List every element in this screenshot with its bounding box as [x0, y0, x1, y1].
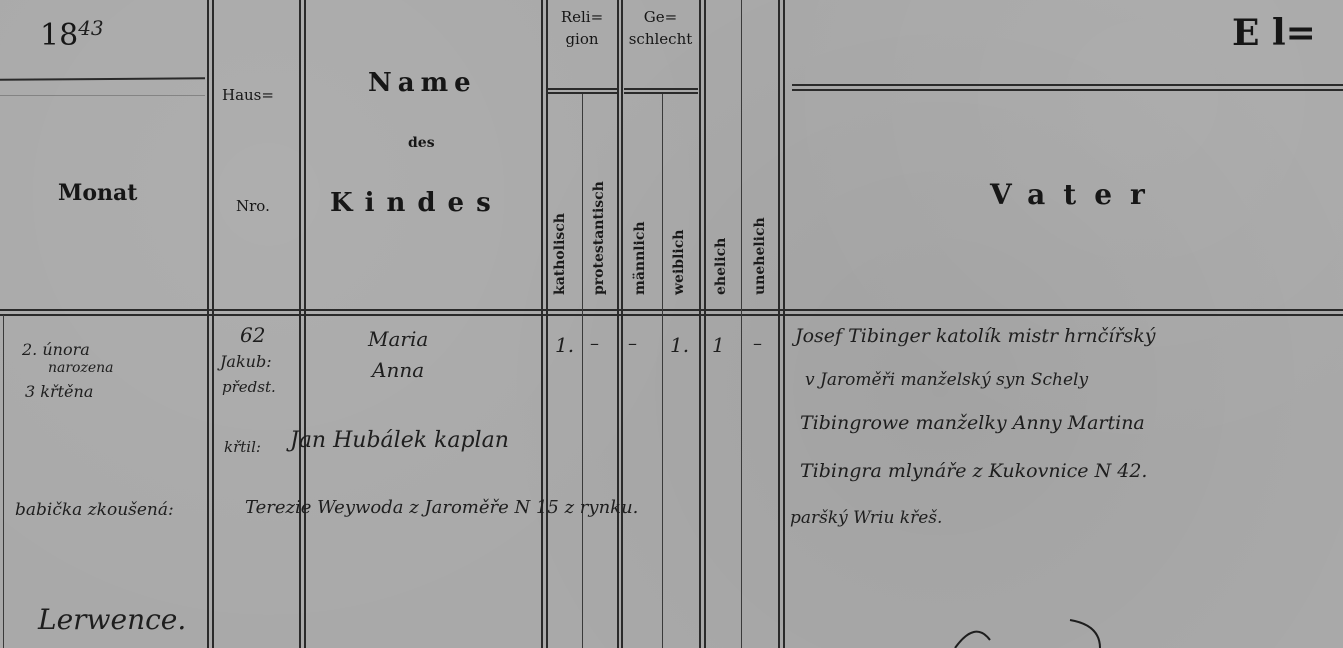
rule-monat-right-b	[212, 0, 214, 648]
entry-kind-name-l1: Maria	[368, 327, 428, 351]
entry-haus-place-l2: předst.	[222, 378, 276, 396]
entry-vater-line5: paršký Wriu křeš.	[790, 508, 942, 528]
entry-babicka-label: babička zkoušená:	[15, 500, 174, 520]
header-name-line3: Kindes	[330, 188, 503, 218]
rule-vater-top	[792, 84, 1343, 86]
rule-ehe-right	[741, 0, 742, 648]
entry-monat-line1: 2. února	[22, 340, 90, 359]
rule-haus-right-a	[299, 0, 301, 648]
rule-geschlecht-top	[624, 88, 698, 90]
rule-rel-right-b	[621, 0, 623, 648]
rule-monat-right-a	[207, 0, 209, 648]
year-handwritten: 43	[78, 16, 103, 40]
header-weiblich: weiblich	[671, 215, 687, 295]
rule-unehe-right-b	[783, 0, 785, 648]
header-unehelich: unehelich	[752, 205, 768, 295]
header-maennlich: männlich	[632, 205, 648, 295]
entry-babicka-value: Terezie Weywoda z Jaroměře N 15 z rynku.	[245, 497, 638, 518]
entry-maennlich: –	[628, 333, 637, 354]
entry-kstil-label: křtil:	[224, 438, 261, 456]
rule-kath-right	[582, 94, 583, 648]
rule-geschlecht-bottom	[624, 92, 698, 94]
ink-stroke-bottom	[950, 600, 1150, 648]
rule-header-separator-top	[0, 309, 1343, 311]
header-geschlecht-l2: schlecht	[622, 28, 699, 50]
entry-vater-line4: Tibingra mlynáře z Kukovnice N 42.	[800, 460, 1147, 482]
year-printed: 18	[40, 18, 78, 53]
header-religion: Reli= gion	[547, 6, 617, 50]
header-haus-line2: Nro.	[236, 197, 270, 215]
entry-ehelich: 1	[712, 333, 725, 357]
header-name-line2: des	[408, 135, 435, 151]
rule-unehe-right-a	[778, 0, 780, 648]
header-geschlecht: Ge= schlecht	[622, 6, 699, 50]
year-label: 1843	[40, 18, 104, 53]
entry-haus-place-l1: Jakub:	[220, 352, 272, 371]
rule-religion-top	[547, 88, 617, 90]
entry-vater-line2: v Jaroměři manželský syn Schely	[805, 370, 1088, 390]
rule-header-separator-bottom	[0, 314, 1343, 316]
rule-name-right-a	[541, 0, 543, 648]
rule-name-right-b	[546, 0, 548, 648]
rule-ges-right-a	[699, 0, 701, 648]
entry-katholisch: 1.	[555, 333, 574, 357]
entry-vater-line1: Josef Tibinger katolík mistr hrnčířský	[795, 325, 1155, 347]
rule-ges-right-b	[704, 0, 706, 648]
entry-bottom-word: Lerwence.	[38, 603, 186, 636]
header-protestantisch: protestantisch	[591, 160, 607, 295]
entry-kind-name-l2: Anna	[372, 358, 424, 382]
entry-monat-line3: 3 křtěna	[25, 382, 93, 401]
entry-weiblich: 1.	[670, 333, 689, 357]
entry-unehelich: –	[753, 333, 762, 354]
header-name-line1: Name	[368, 68, 477, 98]
entry-protestantisch: –	[590, 333, 599, 354]
header-vater: Vater	[990, 178, 1163, 211]
rule-vater-bottom	[792, 89, 1343, 91]
rule-year-underline	[0, 77, 205, 80]
header-haus-line1: Haus=	[222, 86, 274, 104]
header-monat: Monat	[58, 180, 137, 206]
rule-year-faint	[0, 95, 205, 96]
header-katholisch: katholisch	[552, 200, 568, 295]
entry-kstil-value: Jan Hubálek kaplan	[290, 428, 509, 453]
entry-vater-line3: Tibingrowe manželky Anny Martina	[800, 412, 1145, 434]
rule-maen-right	[662, 94, 663, 648]
corner-mark: E l=	[1232, 12, 1316, 54]
entry-haus-nro: 62	[240, 323, 265, 347]
header-religion-l1: Reli=	[547, 6, 617, 28]
rule-rel-right-a	[617, 0, 619, 648]
header-ehelich: ehelich	[713, 230, 729, 295]
entry-monat-line2: narozena	[48, 360, 114, 376]
rule-left-edge	[3, 315, 4, 648]
rule-haus-right-b	[304, 0, 306, 648]
header-geschlecht-l1: Ge=	[622, 6, 699, 28]
header-religion-l2: gion	[547, 28, 617, 50]
